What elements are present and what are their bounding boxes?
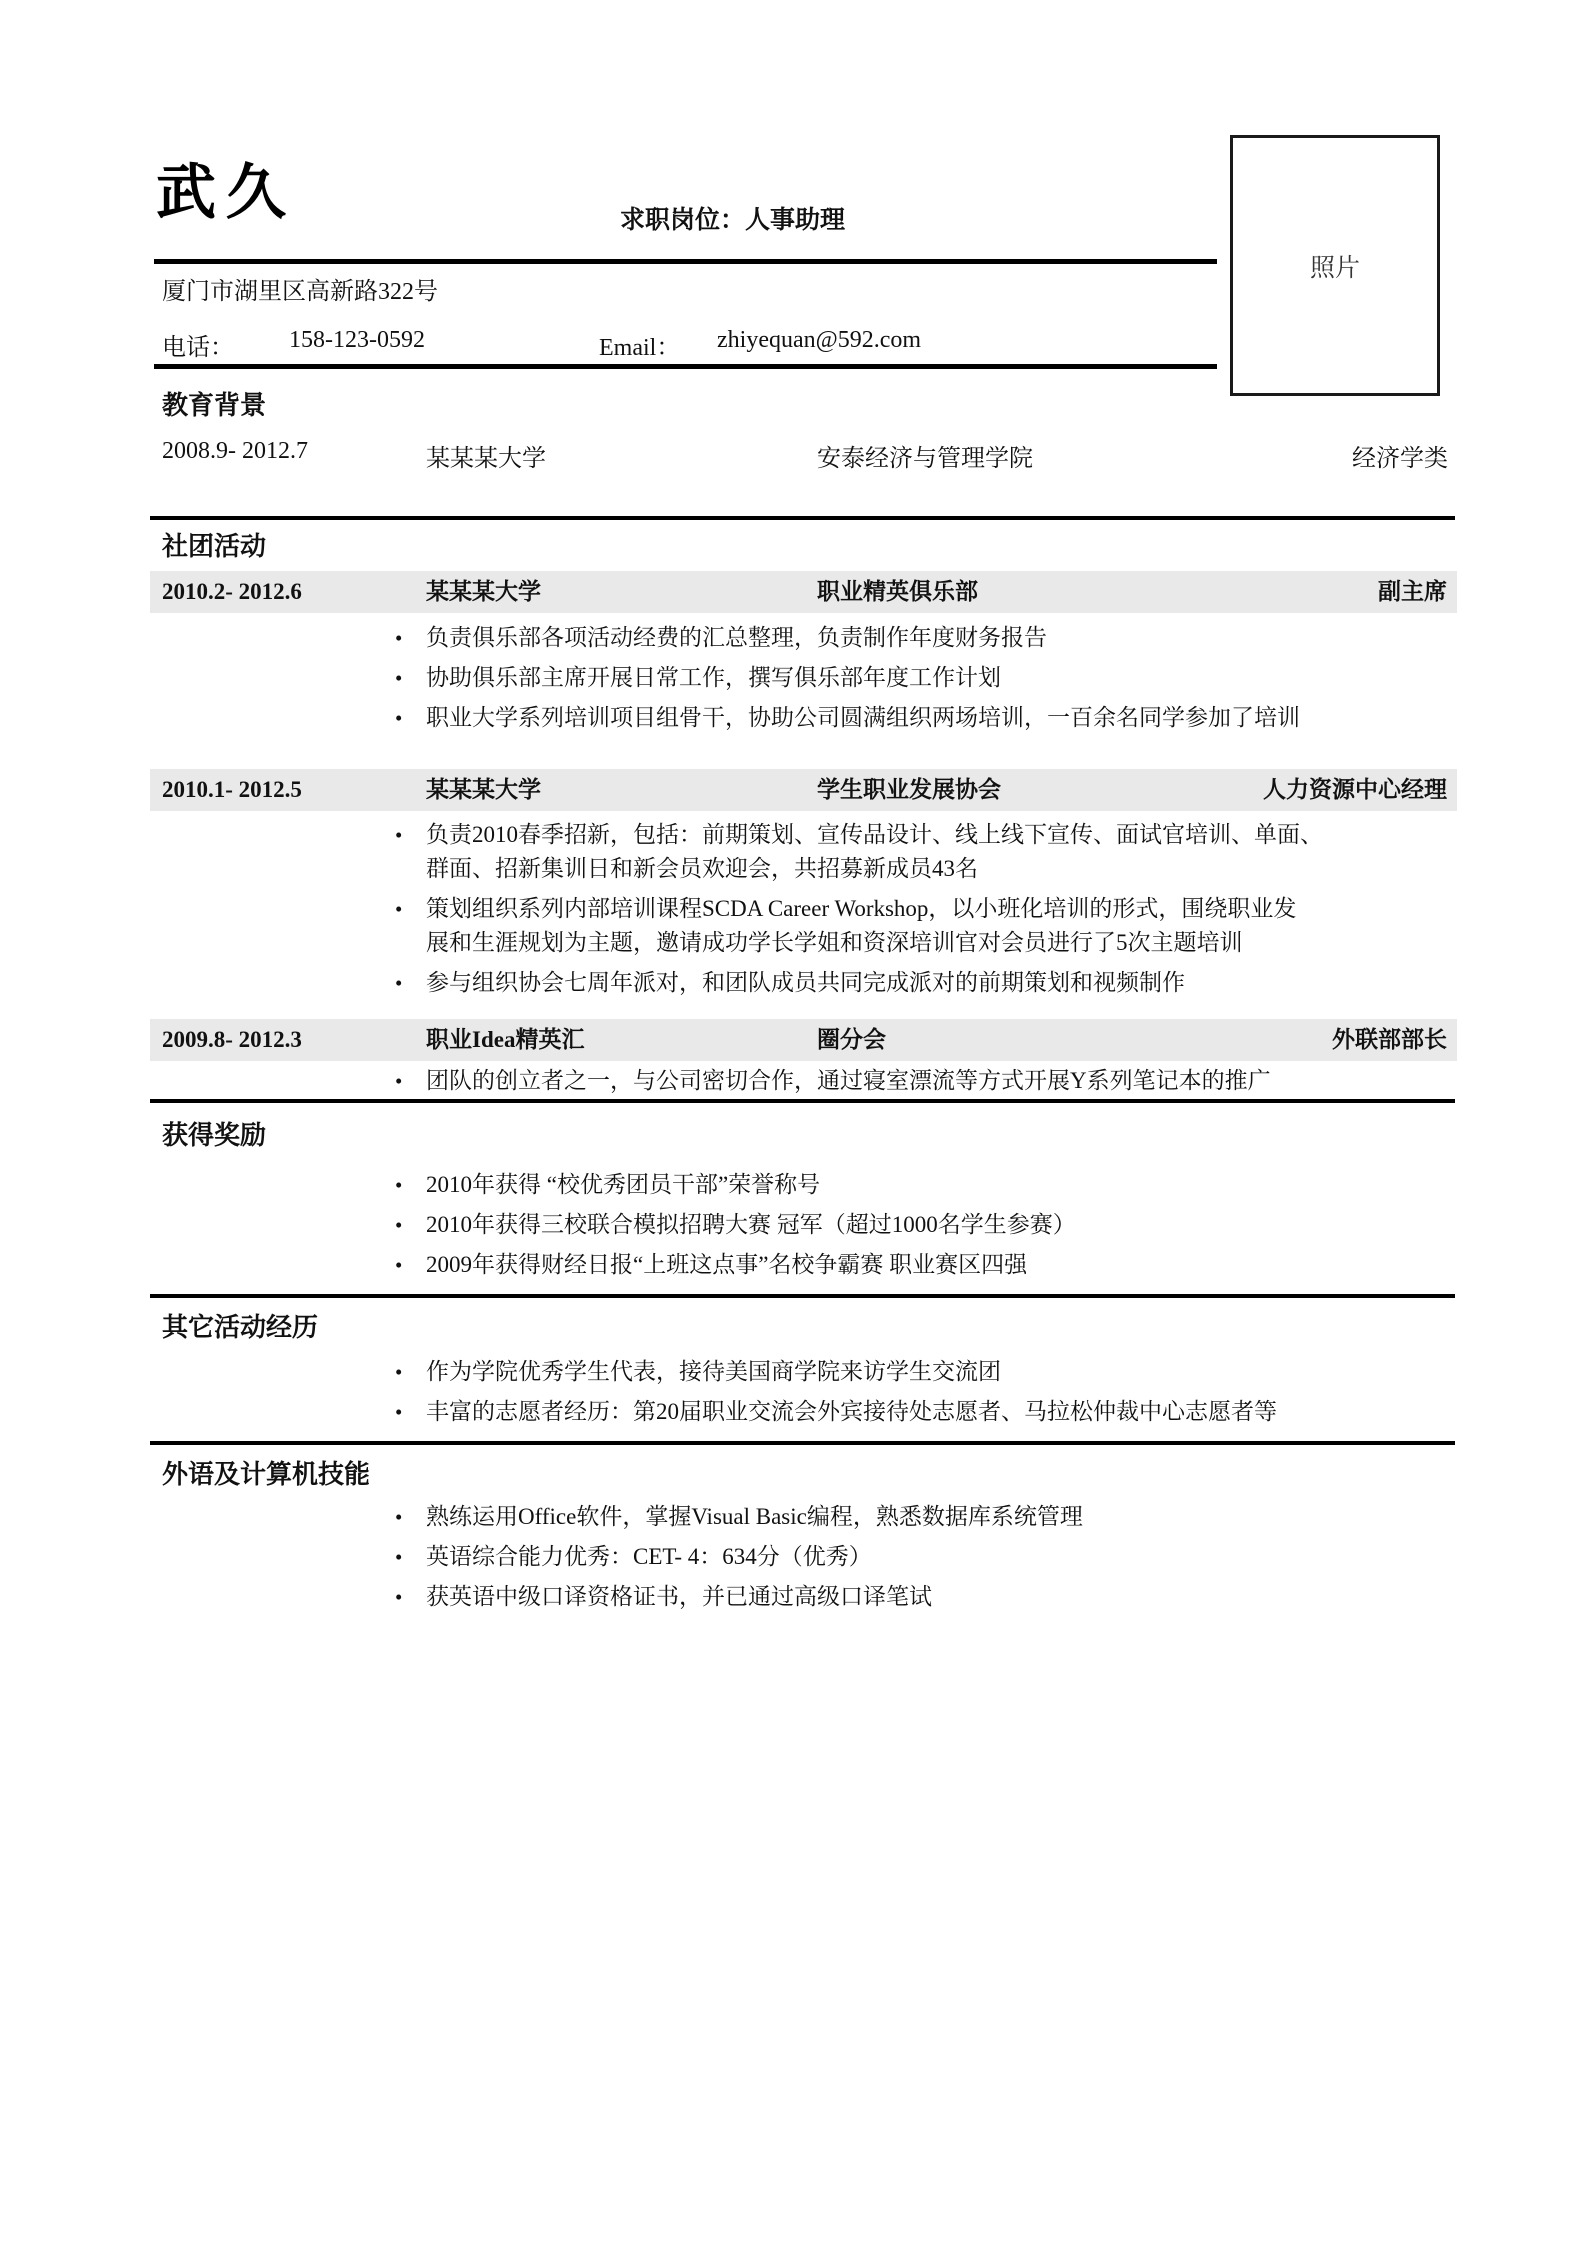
bullet-item: 协助俱乐部主席开展日常工作，撰写俱乐部年度工作计划 [426, 661, 1456, 695]
header-divider-top [154, 259, 1217, 264]
bullet-item: 2010年获得 “校优秀团员干部”荣誉称号 [426, 1168, 1456, 1202]
education-college: 安泰经济与管理学院 [817, 438, 1033, 473]
activity-org: 某某某大学 [426, 769, 541, 811]
education-row: 2008.9- 2012.7 某某某大学 安泰经济与管理学院 经济学类 [162, 438, 1448, 468]
education-school: 某某某大学 [426, 438, 546, 473]
bullet-item: 英语综合能力优秀：CET- 4：634分（优秀） [426, 1540, 1456, 1574]
bullet-item: 熟练运用Office软件，掌握Visual Basic编程，熟悉数据库系统管理 [426, 1500, 1456, 1534]
activity-group: 职业精英俱乐部 [817, 571, 978, 613]
activity-bullet-list: 负责俱乐部各项活动经费的汇总整理，负责制作年度财务报告 协助俱乐部主席开展日常工… [426, 621, 1456, 741]
section-divider [150, 1099, 1455, 1103]
candidate-name: 武久 [156, 163, 296, 223]
activity-group: 学生职业发展协会 [817, 769, 1001, 811]
activity-org: 某某某大学 [426, 571, 541, 613]
bullet-item: 职业大学系列培训项目组骨干，协助公司圆满组织两场培训，一百余名同学参加了培训 [426, 701, 1456, 735]
skills-bullet-list: 熟练运用Office软件，掌握Visual Basic编程，熟悉数据库系统管理 … [426, 1500, 1456, 1620]
section-divider [150, 1441, 1455, 1445]
section-heading-education: 教育背景 [162, 390, 266, 422]
activity-period: 2010.2- 2012.6 [162, 571, 302, 613]
activity-bullet-list: 团队的创立者之一，与公司密切合作，通过寝室漂流等方式开展Y系列笔记本的推广 [426, 1064, 1456, 1104]
bullet-item: 团队的创立者之一，与公司密切合作，通过寝室漂流等方式开展Y系列笔记本的推广 [426, 1064, 1456, 1098]
header-divider-bottom [154, 364, 1217, 369]
job-objective: 求职岗位：人事助理 [620, 200, 845, 236]
awards-bullet-list: 2010年获得 “校优秀团员干部”荣誉称号 2010年获得三校联合模拟招聘大赛 … [426, 1168, 1456, 1288]
bullet-item: 负责俱乐部各项活动经费的汇总整理，负责制作年度财务报告 [426, 621, 1456, 655]
activity-org: 职业Idea精英汇 [426, 1019, 584, 1061]
photo-placeholder-box: 照片 [1230, 135, 1440, 396]
section-heading-skills: 外语及计算机技能 [162, 1459, 370, 1491]
contact-row: 电话： 158-123-0592 Email： zhiyequan@592.co… [162, 327, 1217, 357]
activity-period: 2010.1- 2012.5 [162, 769, 302, 811]
activity-role: 副主席 [1378, 571, 1447, 613]
bullet-item: 作为学院优秀学生代表，接待美国商学院来访学生交流团 [426, 1355, 1456, 1389]
photo-placeholder-label: 照片 [1310, 248, 1360, 284]
bullet-item: 获英语中级口译资格证书，并已通过高级口译笔试 [426, 1580, 1456, 1614]
bullet-item: 2009年获得财经日报“上班这点事”名校争霸赛 职业赛区四强 [426, 1248, 1456, 1282]
section-heading-other-activities: 其它活动经历 [162, 1312, 318, 1344]
education-period: 2008.9- 2012.7 [162, 438, 308, 465]
section-heading-club-activities: 社团活动 [162, 531, 266, 563]
activity-entry-header: 2010.2- 2012.6 某某某大学 职业精英俱乐部 副主席 [150, 571, 1457, 613]
bullet-item: 2010年获得三校联合模拟招聘大赛 冠军（超过1000名学生参赛） [426, 1208, 1456, 1242]
bullet-item: 负责2010春季招新，包括：前期策划、宣传品设计、线上线下宣传、面试官培训、单面… [426, 818, 1456, 886]
resume-page: 武久 求职岗位：人事助理 厦门市湖里区高新路322号 电话： 158-123-0… [0, 0, 1587, 2244]
section-divider [150, 516, 1455, 520]
address-line: 厦门市湖里区高新路322号 [162, 271, 438, 306]
activity-entry-header: 2010.1- 2012.5 某某某大学 学生职业发展协会 人力资源中心经理 [150, 769, 1457, 811]
activity-group: 圈分会 [817, 1019, 886, 1061]
activity-period: 2009.8- 2012.3 [162, 1019, 302, 1061]
email-value: zhiyequan@592.com [717, 327, 921, 354]
other-activities-bullet-list: 作为学院优秀学生代表，接待美国商学院来访学生交流团 丰富的志愿者经历：第20届职… [426, 1355, 1456, 1435]
email-label: Email： [599, 327, 680, 362]
activity-entry-header: 2009.8- 2012.3 职业Idea精英汇 圈分会 外联部部长 [150, 1019, 1457, 1061]
education-major: 经济学类 [1352, 438, 1448, 473]
phone-value: 158-123-0592 [289, 327, 425, 354]
activity-role: 人力资源中心经理 [1263, 769, 1447, 811]
phone-label: 电话： [162, 327, 234, 362]
bullet-item: 策划组织系列内部培训课程SCDA Career Workshop，以小班化培训的… [426, 892, 1456, 960]
activity-role: 外联部部长 [1332, 1019, 1447, 1061]
bullet-item: 丰富的志愿者经历：第20届职业交流会外宾接待处志愿者、马拉松仲裁中心志愿者等 [426, 1395, 1456, 1429]
section-heading-awards: 获得奖励 [162, 1120, 266, 1152]
activity-bullet-list: 负责2010春季招新，包括：前期策划、宣传品设计、线上线下宣传、面试官培训、单面… [426, 818, 1456, 1006]
section-divider [150, 1294, 1455, 1298]
bullet-item: 参与组织协会七周年派对，和团队成员共同完成派对的前期策划和视频制作 [426, 966, 1456, 1000]
